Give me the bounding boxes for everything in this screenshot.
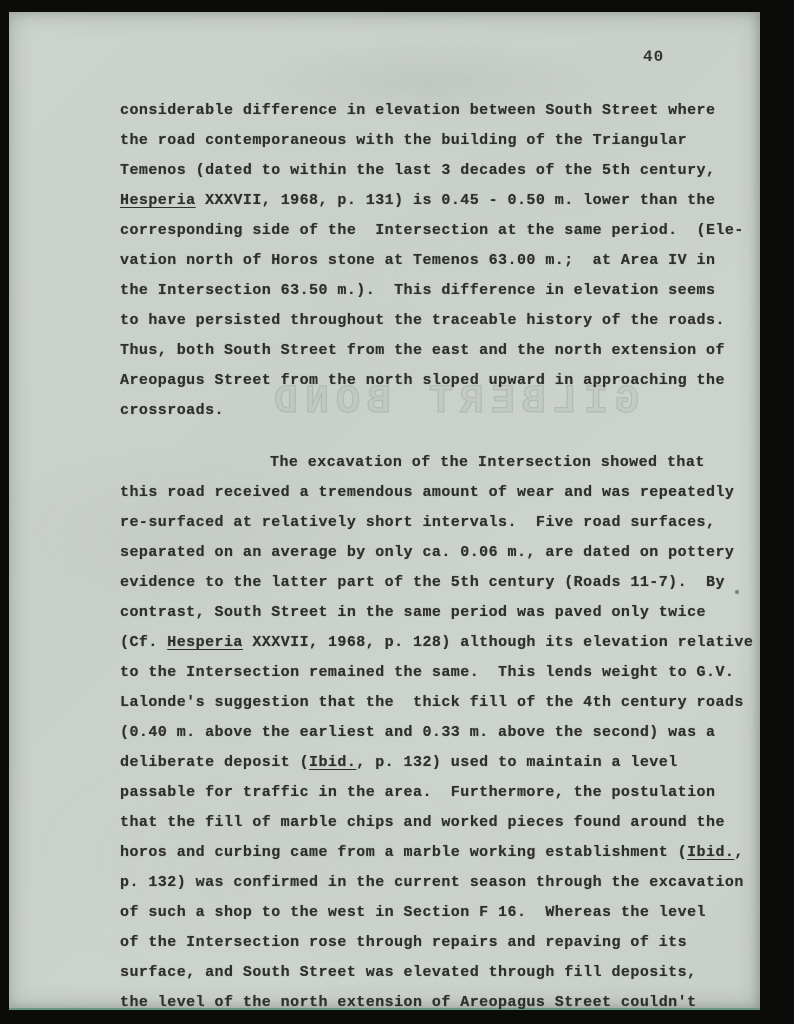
text-line: Thus, both South Street from the east an…: [120, 336, 768, 366]
dust-speck: [735, 590, 739, 594]
text-segment: Thus, both South Street from the east an…: [120, 342, 725, 359]
text-line: The excavation of the Intersection showe…: [120, 448, 768, 478]
text-line: that the fill of marble chips and worked…: [120, 808, 768, 838]
text-segment: the level of the north extension of Areo…: [120, 994, 697, 1011]
text-line: Temenos (dated to within the last 3 deca…: [120, 156, 768, 186]
text-segment: XXXVII, 1968, p. 131) is 0.45 - 0.50 m. …: [196, 192, 716, 209]
text-segment: of the Intersection rose through repairs…: [120, 934, 687, 951]
text-line: p. 132) was confirmed in the current sea…: [120, 868, 768, 898]
text-segment: passable for traffic in the area. Furthe…: [120, 784, 715, 801]
text-segment: horos and curbing came from a marble wor…: [120, 844, 687, 861]
document-page: 40 GILBERT BOND considerable difference …: [9, 12, 760, 1010]
text-segment: to the Intersection remained the same. T…: [120, 664, 734, 681]
underlined-citation: Hesperia: [167, 634, 243, 651]
text-segment: Temenos (dated to within the last 3 deca…: [120, 162, 715, 179]
text-line: considerable difference in elevation bet…: [120, 96, 768, 126]
text-line: to have persisted throughout the traceab…: [120, 306, 768, 336]
text-line: crossroads.: [120, 396, 768, 426]
text-line: the Intersection 63.50 m.). This differe…: [120, 276, 768, 306]
scan-frame: 40 GILBERT BOND considerable difference …: [0, 0, 794, 1024]
text-line: vation north of Horos stone at Temenos 6…: [120, 246, 768, 276]
text-line: horos and curbing came from a marble wor…: [120, 838, 768, 868]
text-line: deliberate deposit (Ibid., p. 132) used …: [120, 748, 768, 778]
text-segment: deliberate deposit (: [120, 754, 309, 771]
text-block: considerable difference in elevation bet…: [120, 96, 768, 1018]
text-segment: that the fill of marble chips and worked…: [120, 814, 725, 831]
text-segment: p. 132) was confirmed in the current sea…: [120, 874, 744, 891]
text-segment: ,: [734, 844, 743, 861]
underlined-citation: Ibid.: [309, 754, 356, 771]
text-segment: this road received a tremendous amount o…: [120, 484, 734, 501]
text-segment: vation north of Horos stone at Temenos 6…: [120, 252, 715, 269]
text-line: Areopagus Street from the north sloped u…: [120, 366, 768, 396]
text-segment: crossroads.: [120, 402, 224, 419]
text-segment: evidence to the latter part of the 5th c…: [120, 574, 725, 591]
text-segment: the road contemporaneous with the buildi…: [120, 132, 687, 149]
text-segment: surface, and South Street was elevated t…: [120, 964, 697, 981]
text-segment: Lalonde's suggestion that the thick fill…: [120, 694, 744, 711]
text-line: (0.40 m. above the earliest and 0.33 m. …: [120, 718, 768, 748]
text-line: Hesperia XXXVII, 1968, p. 131) is 0.45 -…: [120, 186, 768, 216]
text-segment: considerable difference in elevation bet…: [120, 102, 715, 119]
text-line: evidence to the latter part of the 5th c…: [120, 568, 768, 598]
text-line: this road received a tremendous amount o…: [120, 478, 768, 508]
text-segment: corresponding side of the Intersection a…: [120, 222, 744, 239]
text-segment: XXXVII, 1968, p. 128) although its eleva…: [243, 634, 753, 651]
text-line: (Cf. Hesperia XXXVII, 1968, p. 128) alth…: [120, 628, 768, 658]
text-line: the level of the north extension of Areo…: [120, 988, 768, 1018]
underlined-citation: Hesperia: [120, 192, 196, 209]
text-line: contrast, South Street in the same perio…: [120, 598, 768, 628]
text-line: Lalonde's suggestion that the thick fill…: [120, 688, 768, 718]
text-segment: the Intersection 63.50 m.). This differe…: [120, 282, 715, 299]
text-segment: to have persisted throughout the traceab…: [120, 312, 725, 329]
text-line: re-surfaced at relatively short interval…: [120, 508, 768, 538]
text-line: the road contemporaneous with the buildi…: [120, 126, 768, 156]
text-segment: , p. 132) used to maintain a level: [356, 754, 677, 771]
paragraph: considerable difference in elevation bet…: [120, 96, 768, 426]
underlined-citation: Ibid.: [687, 844, 734, 861]
text-line: of the Intersection rose through repairs…: [120, 928, 768, 958]
text-line: separated on an average by only ca. 0.06…: [120, 538, 768, 568]
text-segment: re-surfaced at relatively short interval…: [120, 514, 715, 531]
text-segment: contrast, South Street in the same perio…: [120, 604, 706, 621]
text-segment: The excavation of the Intersection showe…: [270, 454, 705, 471]
text-line: passable for traffic in the area. Furthe…: [120, 778, 768, 808]
text-segment: of such a shop to the west in Section F …: [120, 904, 706, 921]
text-line: corresponding side of the Intersection a…: [120, 216, 768, 246]
text-line: of such a shop to the west in Section F …: [120, 898, 768, 928]
text-line: surface, and South Street was elevated t…: [120, 958, 768, 988]
text-segment: (0.40 m. above the earliest and 0.33 m. …: [120, 724, 715, 741]
text-line: to the Intersection remained the same. T…: [120, 658, 768, 688]
page-number: 40: [643, 48, 664, 66]
text-segment: Areopagus Street from the north sloped u…: [120, 372, 725, 389]
text-segment: (Cf.: [120, 634, 167, 651]
paragraph: The excavation of the Intersection showe…: [120, 448, 768, 1018]
text-segment: separated on an average by only ca. 0.06…: [120, 544, 734, 561]
